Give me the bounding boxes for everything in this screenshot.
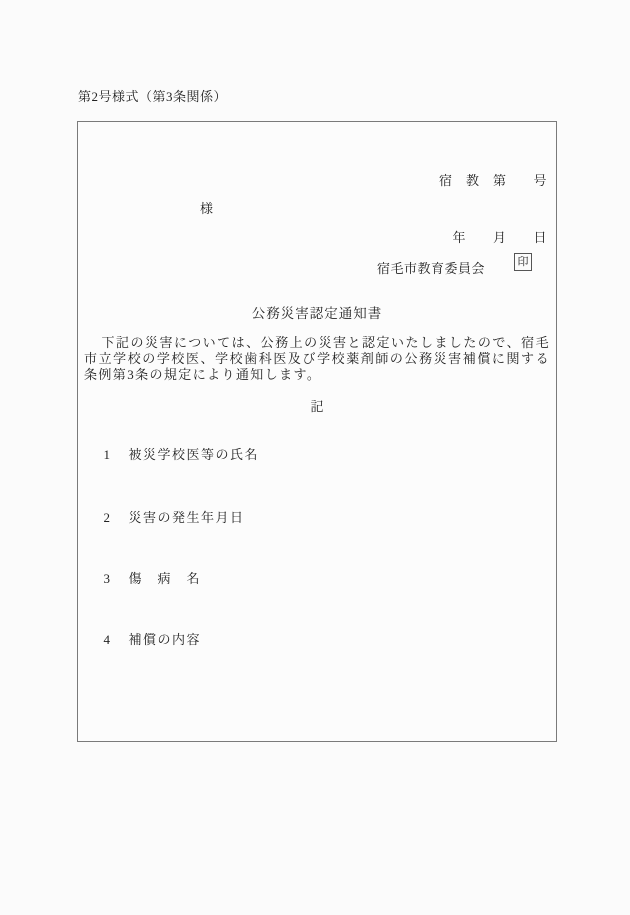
list-item: 2災害の発生年月日 <box>84 491 245 542</box>
item-number: 1 <box>104 447 129 463</box>
list-item: 3傷 病 名 <box>84 552 201 603</box>
body-paragraph: 下記の災害については、公務上の災害と認定いたしましたので、宿毛市立学校の学校医、… <box>84 335 550 383</box>
item-label: 傷 病 名 <box>129 571 202 586</box>
list-item: 4補償の内容 <box>84 613 201 664</box>
item-label: 被災学校医等の氏名 <box>129 447 260 462</box>
record-heading: 記 <box>78 396 556 415</box>
form-style-label: 第2号様式（第3条関係） <box>78 86 227 105</box>
list-item: 1被災学校医等の氏名 <box>84 428 259 479</box>
document-title: 公務災害認定通知書 <box>78 302 556 322</box>
document-number-line: 宿 教 第 号 <box>439 171 547 190</box>
item-label: 補償の内容 <box>129 632 202 647</box>
seal-mark: 印 <box>514 253 532 271</box>
document-page: 第2号様式（第3条関係） 宿 教 第 号 年 月 日 様 宿毛市教育委員会 印 … <box>0 0 630 915</box>
issuer-name: 宿毛市教育委員会 <box>377 258 485 277</box>
addressee-honorific: 様 <box>200 198 213 217</box>
document-date-line: 年 月 日 <box>439 228 547 247</box>
item-number: 3 <box>104 571 129 587</box>
item-number: 2 <box>104 510 129 526</box>
document-border-box: 宿 教 第 号 年 月 日 様 宿毛市教育委員会 印 公務災害認定通知書 下記の… <box>77 121 557 742</box>
item-label: 災害の発生年月日 <box>129 510 245 525</box>
item-number: 4 <box>104 632 129 648</box>
